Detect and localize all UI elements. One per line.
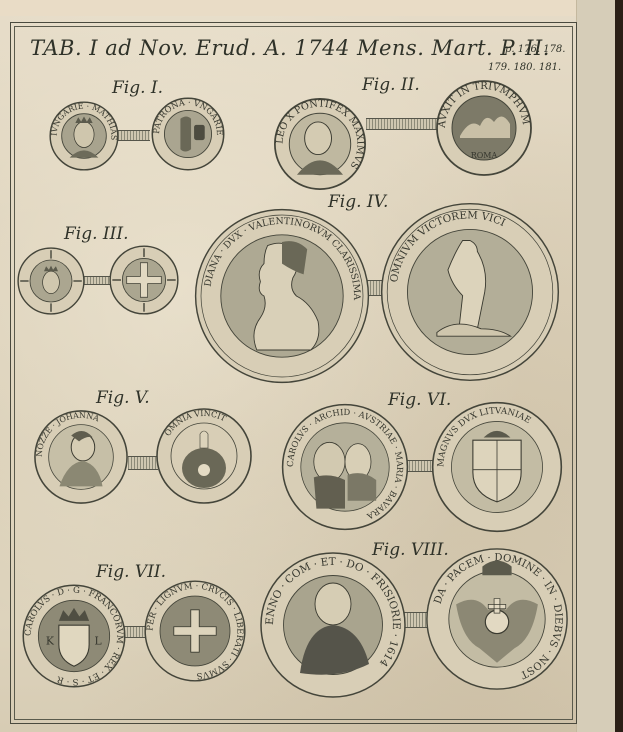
fig-4-reverse-coin: OMNIVM VICTOREM VICI — [378, 200, 562, 384]
fig-3-reverse-coin — [108, 244, 180, 316]
fig-7-obverse-coin: K L CAROLVS · D · G · FRANCORVM · REX · … — [20, 582, 128, 690]
fig-7-side-letter-l: L — [95, 635, 102, 648]
fig-6-obverse-coin: CAROLVS · ARCHID · AVSTRIAE · MARIA · BA… — [280, 402, 410, 532]
fig-2-link-bar — [366, 118, 438, 130]
plate-title: TAB. I ad Nov. Erud. A. 1744 Mens. Mart.… — [30, 36, 550, 60]
fig-3-obverse-coin — [16, 246, 86, 316]
page-references-1: p. 176. 178. — [505, 44, 565, 55]
fig-1-link-bar — [118, 130, 150, 141]
fig-5-reverse-coin: OMNIA VINCIT — [154, 406, 254, 506]
fig-5-obverse-coin: NOZZE · JOHANNA — [32, 408, 130, 506]
fig-4-obverse-coin: DIANA · DVX · VALENTINORVM CLARISSIMA — [192, 206, 372, 386]
fig-3-link-bar — [84, 276, 110, 285]
fig-8-reverse-coin: DA · PACEM · DOMINE · IN · DIEBVS · NOST — [424, 546, 570, 692]
fig-2-reverse-exergue: ROMA — [471, 151, 498, 160]
fig-6-reverse-coin: MAGNVS DVX LITVANIAE — [430, 400, 564, 534]
fig-2-reverse-coin: AVXIT IN TRIVMPHVM ROMA — [434, 78, 534, 178]
fig-2-obverse-coin: LEO X PONTIFEX MAXIMVS — [272, 96, 368, 192]
fig-1-reverse-coin: PATRONA · VNGARIE — [150, 96, 226, 172]
page-top-margin — [0, 0, 600, 16]
fig-3-label: Fig. III. — [64, 224, 128, 244]
page-references-2: 179. 180. 181. — [488, 62, 561, 73]
fig-7-side-letter-k: K — [46, 635, 55, 648]
fig-8-obverse-coin: ENNO · COM · ET · DO · FRISIORIE · 1614 — [258, 550, 408, 700]
fig-1-label: Fig. I. — [112, 78, 163, 98]
fig-1-obverse-coin: IVNGARIE · MATHIAS — [48, 100, 120, 172]
fig-2-label: Fig. II. — [362, 75, 420, 95]
fig-7-reverse-coin: PER · LIGNVM · CRVCIS · LIBERATI · SVMVS — [142, 578, 248, 684]
fig-5-label: Fig. V. — [96, 388, 150, 408]
book-binding-edge — [615, 0, 623, 732]
